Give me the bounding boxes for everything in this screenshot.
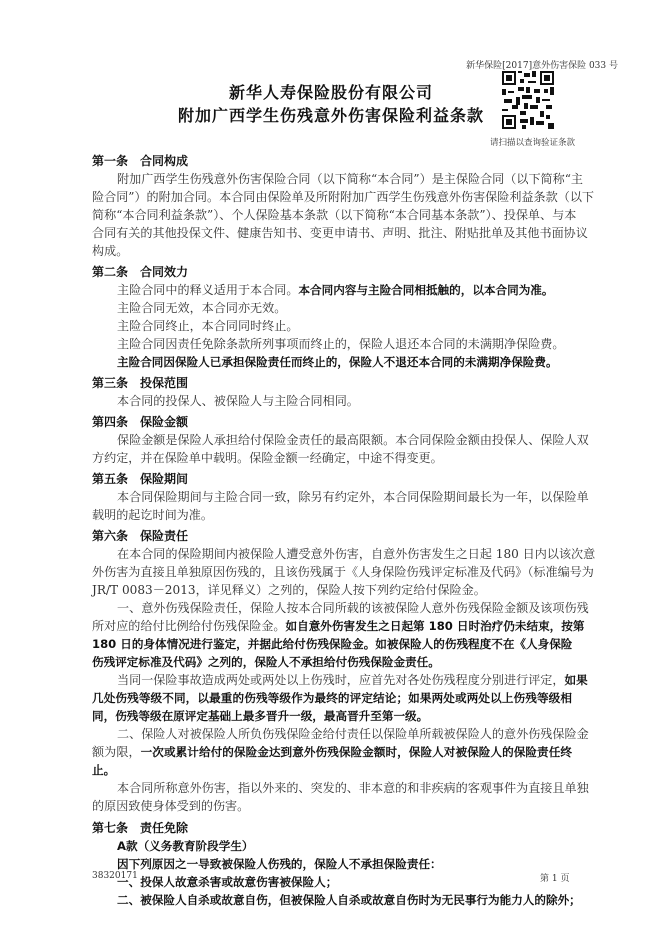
clause-text-line: 简称“本合同利益条款”）、个人保险基本条款（以下简称“本合同基本条款”）、投保单… <box>92 206 572 224</box>
text: 额为限， <box>92 745 141 759</box>
clause-text-line: 合同有关的其他投保文件、健康告知书、变更申请书、声明、批注、附贴批单及其他书面协… <box>92 224 572 242</box>
bold-text: 本合同内容与主险合同相抵触的，以本合同为准。 <box>298 283 553 297</box>
footer-code: 38320171 <box>92 871 138 881</box>
clause-text-line: 主险合同无效，本合同亦无效。 <box>117 299 572 317</box>
text: JR/T 0083－2013，详见释义）之列的，保险人按下列约定给付保险金。 <box>92 583 486 597</box>
qr-caption: 请扫描以查询验证条款 <box>490 136 570 148</box>
clause-heading: 第五条 保险期间 <box>92 470 572 488</box>
clause-heading: 第二条 合同效力 <box>92 263 572 281</box>
text: 载明的起讫时间为准。 <box>92 508 213 522</box>
text: 构成。 <box>92 244 128 258</box>
bold-text: 伤残评定标准及代码》之列的，保险人不承担给付伤残保险金责任。 <box>92 655 440 669</box>
text: 主险合同因责任免除条款所列事项而终止的，保险人退还本合同的未满期净保险费。 <box>117 337 564 351</box>
clause-text-line: 外伤害为直接且单独原因伤残的，且该伤残属于《人身保险伤残评定标准及代码》（标准编… <box>92 563 572 581</box>
clause-text-line: 构成。 <box>92 242 572 260</box>
clause-text-line: 保险金额是保险人承担给付保险金责任的最高限额。本合同保险金额由投保人、保险人双 <box>117 431 572 449</box>
clause-text-line: 几处伤残等级不同，以最重的伤残等级作为最终的评定结论；如果两处或两处以上伤残等级… <box>92 689 572 707</box>
clause-text-line: 伤残评定标准及代码》之列的，保险人不承担给付伤残保险金责任。 <box>92 653 572 671</box>
company-title: 新华人寿保险股份有限公司 <box>0 80 662 103</box>
document-title: 附加广西学生伤残意外伤害保险利益条款 <box>0 103 662 126</box>
bold-text: 第二条 合同效力 <box>92 265 188 279</box>
clause-heading: 第六条 保险责任 <box>92 527 572 545</box>
text: 外伤害为直接且单独原因伤残的，且该伤残属于《人身保险伤残评定标准及代码》（标准编… <box>92 565 594 579</box>
clause-heading: 第七条 责任免除 <box>92 819 572 837</box>
clause-text-line: 二、被保险人自杀或故意自伤，但被保险人自杀或故意自伤时为无民事行为能力人的除外； <box>117 891 572 909</box>
text: 附加广西学生伤残意外伤害保险合同（以下简称“本合同”）是主保险合同（以下简称“主 <box>117 172 583 186</box>
text: 本合同所称意外伤害，指以外来的、突发的、非本意的和非疾病的客观事件为直接且单独 <box>117 781 589 795</box>
clause-text-line: 主险合同因责任免除条款所列事项而终止的，保险人退还本合同的未满期净保险费。 <box>117 335 572 353</box>
text: 当同一保险事故造成两处或两处以上伤残时，应首先对各处伤残程度分别进行评定， <box>117 673 564 687</box>
clause-text-line: 本合同保险期间与主险合同一致，除另有约定外，本合同保险期间最长为一年，以保险单 <box>117 488 572 506</box>
clause-text-line: 在本合同的保险期间内被保险人遭受意外伤害，自意外伤害发生之日起 180 日内以该… <box>117 545 572 563</box>
clause-text-line: 本合同所称意外伤害，指以外来的、突发的、非本意的和非疾病的客观事件为直接且单独 <box>117 779 572 797</box>
clause-heading: 第一条 合同构成 <box>92 152 572 170</box>
text: 本合同保险期间与主险合同一致，除另有约定外，本合同保险期间最长为一年，以保险单 <box>117 490 589 504</box>
bold-text: 主险合同因保险人已承担保险责任而终止的，保险人不退还本合同的未满期净保险费。 <box>117 355 558 369</box>
bold-text: 第三条 投保范围 <box>92 376 188 390</box>
page-number: 第 1 页 <box>540 871 569 884</box>
document-code: 新华保险[2017]意外伤害保险 033 号 <box>466 58 618 71</box>
bold-text: 第一条 合同构成 <box>92 154 188 168</box>
clause-text-line: 载明的起讫时间为准。 <box>92 506 572 524</box>
text: 保险金额是保险人承担给付保险金责任的最高限额。本合同保险金额由投保人、保险人双 <box>117 433 589 447</box>
clause-text-line: 本合同的投保人、被保险人与主险合同相同。 <box>117 392 572 410</box>
text: 合同有关的其他投保文件、健康告知书、变更申请书、声明、批注、附贴批单及其他书面协… <box>92 226 588 240</box>
text: 方约定，并在保险单中载明。保险金额一经确定，中途不得变更。 <box>92 451 443 465</box>
bold-text: 一次或累计给付的保险金达到意外伤残保险金额时，保险人对被保险人的保险责任终 <box>141 745 572 759</box>
text: 在本合同的保险期间内被保险人遭受意外伤害，自意外伤害发生之日起 180 日内以该… <box>117 547 595 561</box>
clause-text-line: 主险合同终止，本合同同时终止。 <box>117 317 572 335</box>
bold-text: 第七条 责任免除 <box>92 821 188 835</box>
bold-text: 因下列原因之一导致被保险人伤残的，保险人不承担保险责任： <box>117 857 442 871</box>
text: 主险合同终止，本合同同时终止。 <box>117 319 298 333</box>
clause-text-line: 方约定，并在保险单中载明。保险金额一经确定，中途不得变更。 <box>92 449 572 467</box>
bold-text: 180 日的身体情况进行鉴定，并据此给付伤残保险金。如被保险人的伤残程度不在《人… <box>92 637 572 651</box>
bold-text: A款（义务教育阶段学生） <box>117 839 254 853</box>
bold-text: 二、被保险人自杀或故意自伤，但被保险人自杀或故意自伤时为无民事行为能力人的除外； <box>117 893 581 907</box>
bold-text: 第五条 保险期间 <box>92 472 188 486</box>
text: 一、意外伤残保险责任，保险人按本合同所载的该被保险人意外伤残保险金额及该项伤残 <box>117 601 589 615</box>
clause-text-line: 止。 <box>92 761 572 779</box>
bold-text: 第四条 保险金额 <box>92 415 188 429</box>
text: 险合同”）的附加合同。本合同由保险单及所附附加广西学生伤残意外伤害保险利益条款（… <box>92 190 594 204</box>
text: 主险合同无效，本合同亦无效。 <box>117 301 286 315</box>
text: 主险合同中的释义适用于本合同。 <box>117 283 298 297</box>
clause-heading: 第四条 保险金额 <box>92 413 572 431</box>
clause-text-line: 一、投保人故意杀害或故意伤害被保险人； <box>117 873 572 891</box>
text: 的原因致使身体受到的伤害。 <box>92 799 249 813</box>
clause-text-line: 附加广西学生伤残意外伤害保险合同（以下简称“本合同”）是主保险合同（以下简称“主 <box>117 170 572 188</box>
clause-text-line: 二、保险人对被保险人所负伤残保险金给付责任以保险单所载被保险人的意外伤残保险金 <box>117 725 572 743</box>
text: 本合同的投保人、被保险人与主险合同相同。 <box>117 394 359 408</box>
clause-text-line: 所对应的给付比例给付伤残保险金。如自意外伤害发生之日起第 180 日时治疗仍未结… <box>92 617 572 635</box>
clause-text-line: JR/T 0083－2013，详见释义）之列的，保险人按下列约定给付保险金。 <box>92 581 572 599</box>
clause-text-line: 主险合同因保险人已承担保险责任而终止的，保险人不退还本合同的未满期净保险费。 <box>117 353 572 371</box>
clause-text-line: 险合同”）的附加合同。本合同由保险单及所附附加广西学生伤残意外伤害保险利益条款（… <box>92 188 572 206</box>
clause-text-line: 180 日的身体情况进行鉴定，并据此给付伤残保险金。如被保险人的伤残程度不在《人… <box>92 635 572 653</box>
clause-text-line: 同，伤残等级在原评定基础上最多晋升一级，最高晋升至第一级。 <box>92 707 572 725</box>
clause-text-line: A款（义务教育阶段学生） <box>117 837 572 855</box>
bold-text: 如果 <box>564 673 587 687</box>
clause-text-line: 因下列原因之一导致被保险人伤残的，保险人不承担保险责任： <box>117 855 572 873</box>
clause-text-line: 的原因致使身体受到的伤害。 <box>92 797 572 815</box>
clause-heading: 第三条 投保范围 <box>92 374 572 392</box>
bold-text: 几处伤残等级不同，以最重的伤残等级作为最终的评定结论；如果两处或两处以上伤残等级… <box>92 691 572 705</box>
clause-text-line: 当同一保险事故造成两处或两处以上伤残时，应首先对各处伤残程度分别进行评定，如果 <box>117 671 572 689</box>
clause-text-line: 额为限，一次或累计给付的保险金达到意外伤残保险金额时，保险人对被保险人的保险责任… <box>92 743 572 761</box>
bold-text: 第六条 保险责任 <box>92 529 188 543</box>
bold-text: 如自意外伤害发生之日起第 180 日时治疗仍未结束，按第 <box>286 619 585 633</box>
text: 简称“本合同利益条款”）、个人保险基本条款（以下简称“本合同基本条款”）、投保单… <box>92 208 576 222</box>
bold-text: 一、投保人故意杀害或故意伤害被保险人； <box>117 875 337 889</box>
text: 二、保险人对被保险人所负伤残保险金给付责任以保险单所载被保险人的意外伤残保险金 <box>117 727 589 741</box>
bold-text: 同，伤残等级在原评定基础上最多晋升一级，最高晋升至第一级。 <box>92 709 428 723</box>
clause-text-line: 一、意外伤残保险责任，保险人按本合同所载的该被保险人意外伤残保险金额及该项伤残 <box>117 599 572 617</box>
text: 所对应的给付比例给付伤残保险金。 <box>92 619 286 633</box>
clause-text-line: 主险合同中的释义适用于本合同。本合同内容与主险合同相抵触的，以本合同为准。 <box>117 281 572 299</box>
bold-text: 止。 <box>92 763 115 777</box>
